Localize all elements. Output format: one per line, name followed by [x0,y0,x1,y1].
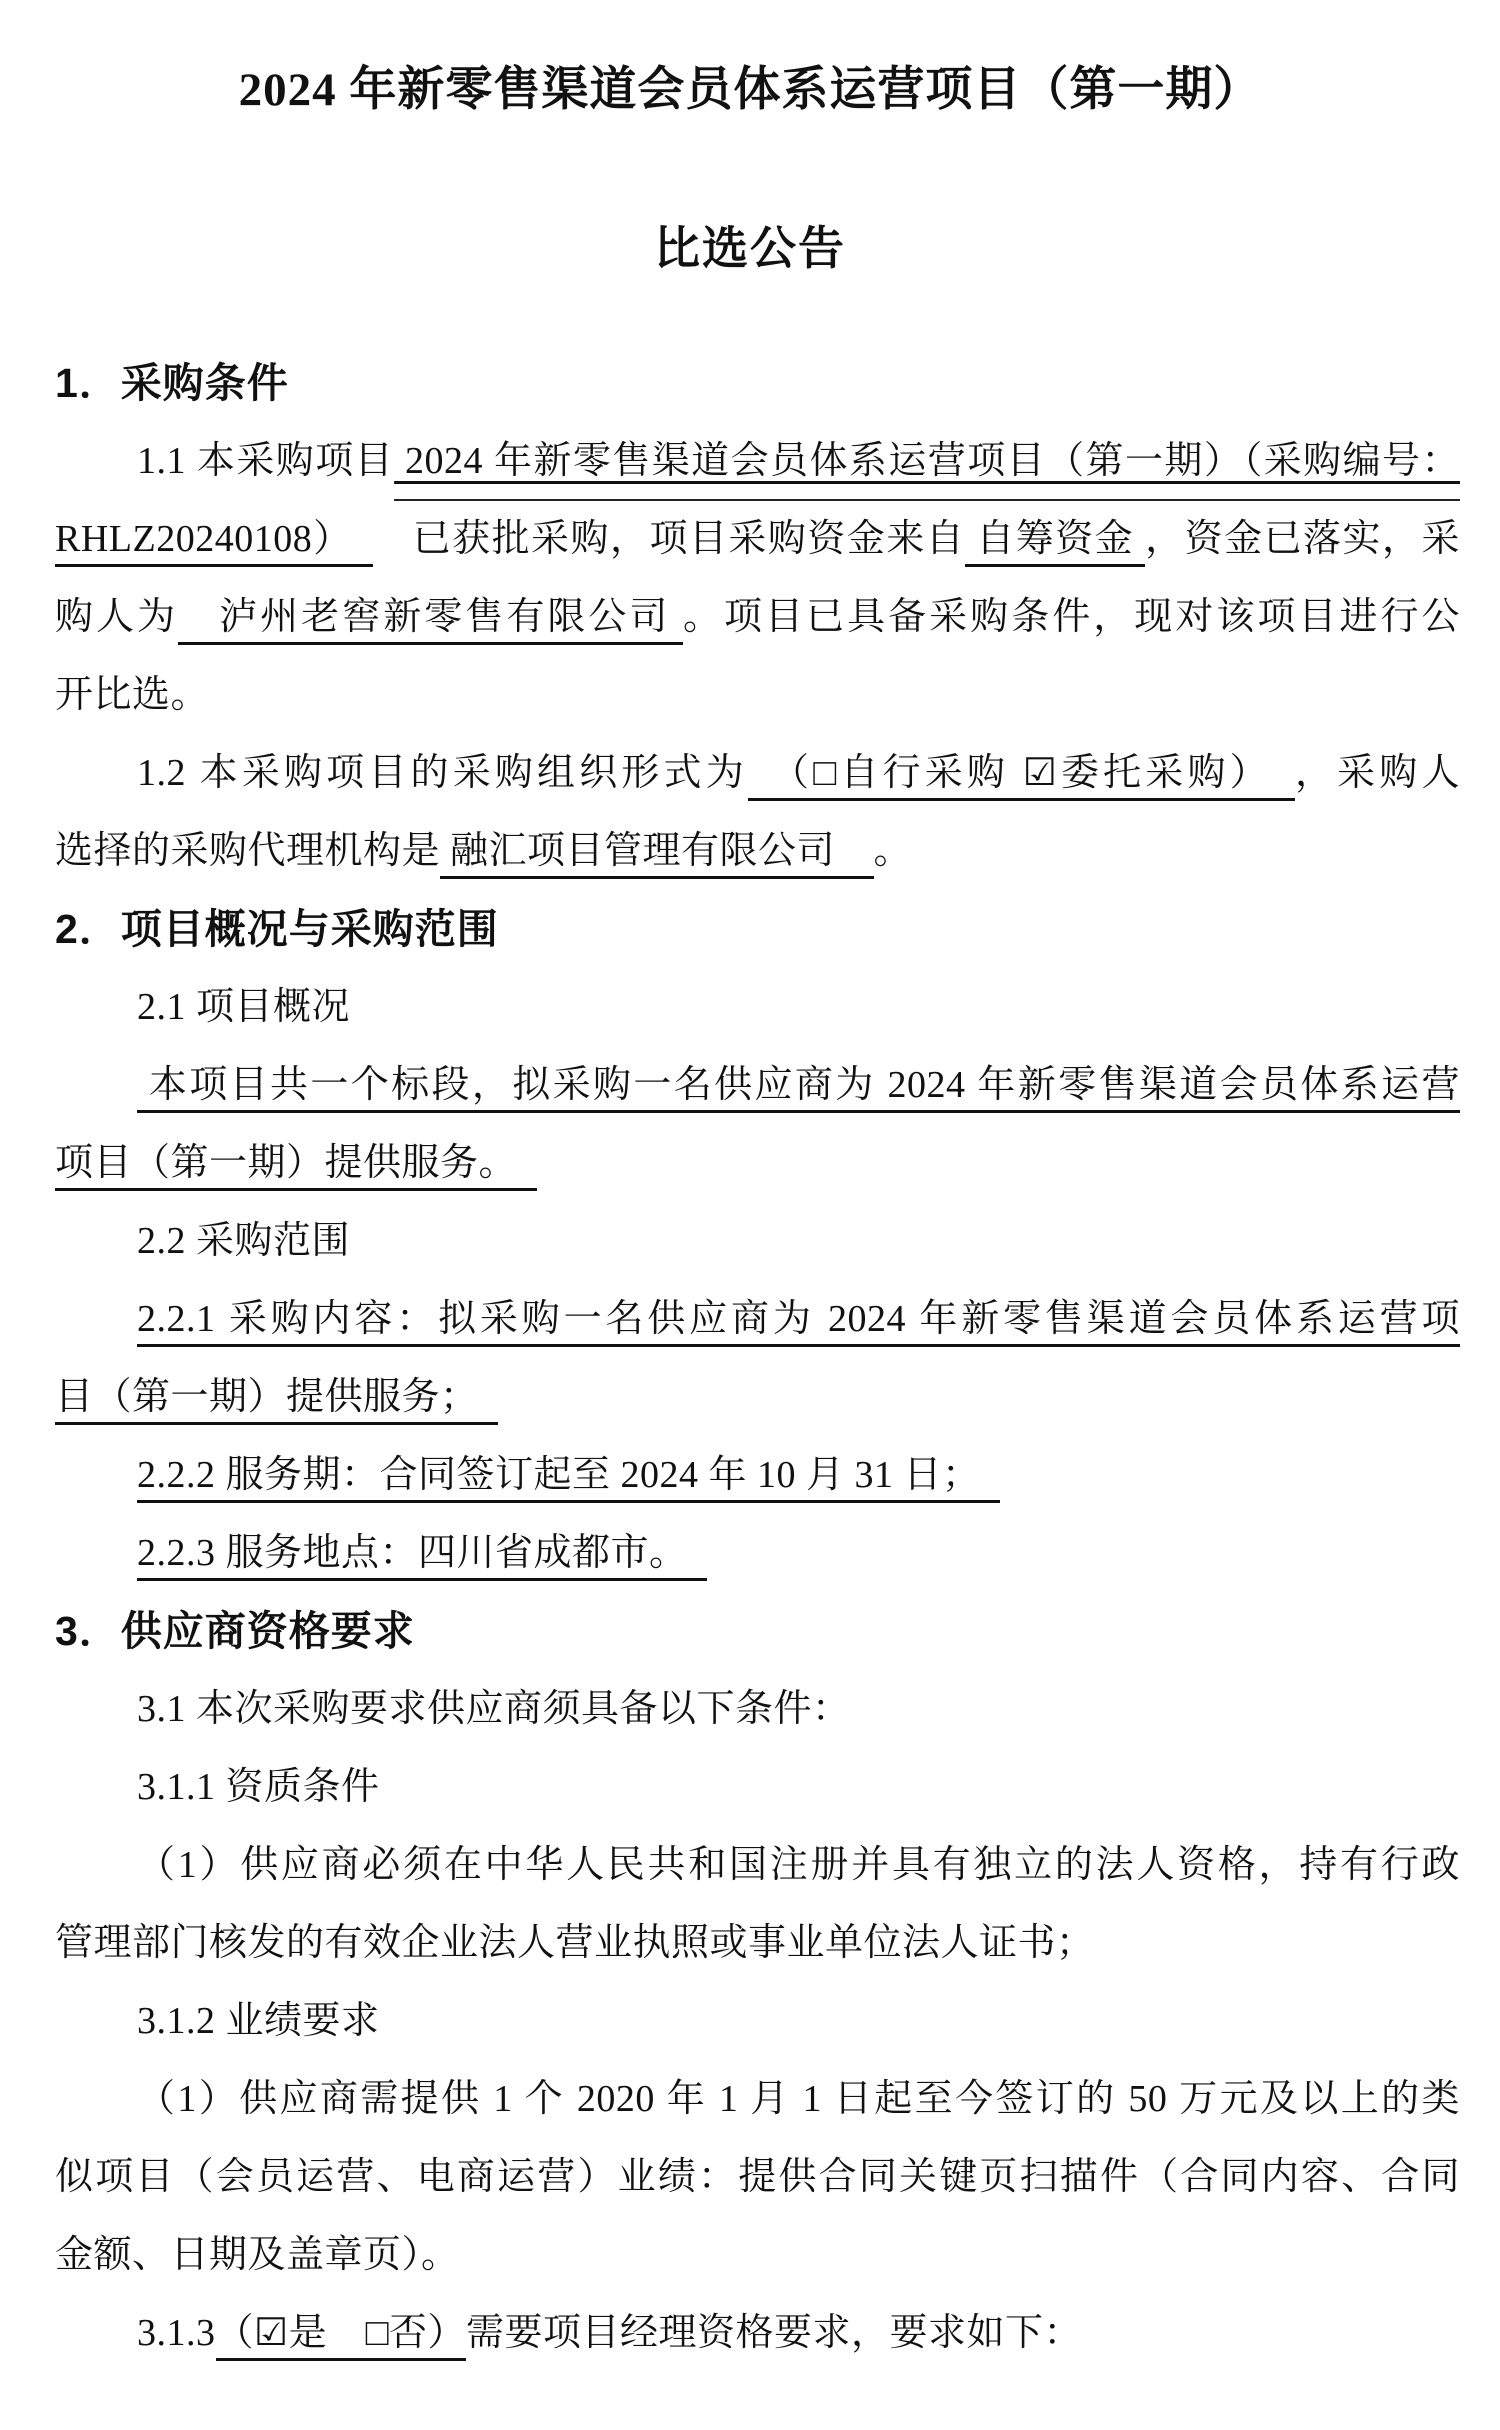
text-segment: 1.1 本采购项目 [137,440,394,482]
text-segment: 金额、日期及盖章页）。 [55,2234,460,2276]
heading-2-2: 2.2 采购范围 [55,1202,1460,1280]
para-3-1-3: 3.1.3（☑是 □否）需要项目经理资格要求，要求如下： [55,2294,1460,2372]
para-2-2-1-line-2: 目（第一期）提供服务； [55,1358,1460,1436]
para-2-2-2: 2.2.2 服务期：合同签订起至 2024 年 10 月 31 日； [55,1436,1460,1514]
heading-1: 1．采购条件 [55,344,1460,422]
text-segment: 3．供应商资格要求 [55,1608,415,1654]
para-1-1-line-3: 购人为 泸州老窖新零售有限公司 。项目已具备采购条件，现对该项目进行公 [55,578,1460,656]
para-2-2-1-line-1: 2.2.1 采购内容：拟采购一名供应商为 2024 年新零售渠道会员体系运营项 [55,1280,1460,1358]
document-title: 2024 年新零售渠道会员体系运营项目（第一期） [0,52,1500,119]
para-3-1-1-line-1: （1）供应商必须在中华人民共和国注册并具有独立的法人资格，持有行政 [55,1826,1460,1904]
checkbox-procurement-form-field: （□自行采购 ☑委托采购） [748,752,1295,801]
text-segment: 购人为 [55,596,178,638]
text-segment: 需要项目经理资格要求，要求如下： [466,2312,1082,2354]
text-segment: 似项目（会员运营、电商运营）业绩：提供合同关键页扫描件（合同内容、合同 [55,2156,1460,2198]
text-segment: 3.1.2 业绩要求 [137,2000,380,2042]
text-segment: 。项目已具备采购条件，现对该项目进行公 [683,596,1460,638]
para-3-1-1-line-2: 管理部门核发的有效企业法人营业执照或事业单位法人证书； [55,1904,1460,1982]
text-segment: 1.2 本采购项目的采购组织形式为 [137,752,748,794]
heading-2: 2．项目概况与采购范围 [55,890,1460,968]
heading-3: 3．供应商资格要求 [55,1592,1460,1670]
para-3-1: 3.1 本次采购要求供应商须具备以下条件： [55,1670,1460,1748]
document-subtitle: 比选公告 [0,212,1500,278]
text-segment: 2．项目概况与采购范围 [55,906,499,952]
agency-field: 融汇项目管理有限公司 [440,830,874,879]
service-location-field: 2.2.3 服务地点：四川省成都市。 [137,1532,707,1581]
text-segment: 3.1.1 资质条件 [137,1766,380,1808]
text-segment: ，资金已落实，采 [1145,518,1460,560]
text-segment: 选择的采购代理机构是 [55,830,440,872]
text-segment: 开比选。 [55,674,209,716]
project-overview-field: 本项目共一个标段，拟采购一名供应商为 2024 年新零售渠道会员体系运营 [137,1064,1460,1113]
text-segment: 2.1 项目概况 [137,986,350,1028]
para-2-2-3: 2.2.3 服务地点：四川省成都市。 [55,1514,1460,1592]
project-name-field: 2024 年新零售渠道会员体系运营项目（第一期）（采购编号： [394,440,1460,501]
text-segment: 已获批采购，项目采购资金来自 [373,518,965,560]
text-segment: 2.2 采购范围 [137,1220,350,1262]
text-segment: 管理部门核发的有效企业法人营业执照或事业单位法人证书； [55,1922,1095,1964]
purchaser-field: 泸州老窖新零售有限公司 [178,596,683,645]
text-segment: 3.1 本次采购要求供应商须具备以下条件： [137,1688,851,1730]
document-body: 1．采购条件1.1 本采购项目 2024 年新零售渠道会员体系运营项目（第一期）… [55,344,1460,2372]
heading-2-1: 2.1 项目概况 [55,968,1460,1046]
para-3-1-2-line-3: 金额、日期及盖章页）。 [55,2216,1460,2294]
procurement-content-field: 2.2.1 采购内容：拟采购一名供应商为 2024 年新零售渠道会员体系运营项 [137,1298,1460,1347]
para-2-1-line-2: 项目（第一期）提供服务。 [55,1124,1460,1202]
funding-source-field: 自筹资金 [965,518,1145,567]
para-1-2-line-2: 选择的采购代理机构是 融汇项目管理有限公司 。 [55,812,1460,890]
document-page: 2024 年新零售渠道会员体系运营项目（第一期） 比选公告 1．采购条件1.1 … [0,0,1500,2430]
para-1-2-line-1: 1.2 本采购项目的采购组织形式为 （□自行采购 ☑委托采购） ，采购人 [55,734,1460,812]
procurement-content-field-cont: 目（第一期）提供服务； [55,1376,498,1425]
checkbox-pm-requirement-field: （☑是 □否） [216,2312,467,2361]
para-3-1-2-line-2: 似项目（会员运营、电商运营）业绩：提供合同关键页扫描件（合同内容、合同 [55,2138,1460,2216]
project-overview-field-cont: 项目（第一期）提供服务。 [55,1142,537,1191]
text-segment: 1．采购条件 [55,360,289,406]
heading-3-1-1: 3.1.1 资质条件 [55,1748,1460,1826]
procurement-number-field: RHLZ20240108） [55,518,373,567]
heading-3-1-2: 3.1.2 业绩要求 [55,1982,1460,2060]
para-1-1-line-2: RHLZ20240108） 已获批采购，项目采购资金来自 自筹资金 ，资金已落实… [55,500,1460,578]
text-segment: （1）供应商需提供 1 个 2020 年 1 月 1 日起至今签订的 50 万元… [137,2078,1460,2120]
text-segment: ，采购人 [1295,752,1460,794]
text-segment: 。 [874,830,913,872]
text-segment: 3.1.3 [137,2312,216,2354]
para-1-1-line-1: 1.1 本采购项目 2024 年新零售渠道会员体系运营项目（第一期）（采购编号： [55,422,1460,500]
para-2-1-line-1: 本项目共一个标段，拟采购一名供应商为 2024 年新零售渠道会员体系运营 [55,1046,1460,1124]
service-period-field: 2.2.2 服务期：合同签订起至 2024 年 10 月 31 日； [137,1454,1000,1503]
text-segment: （1）供应商必须在中华人民共和国注册并具有独立的法人资格，持有行政 [137,1844,1460,1886]
para-3-1-2-line-1: （1）供应商需提供 1 个 2020 年 1 月 1 日起至今签订的 50 万元… [55,2060,1460,2138]
para-1-1-line-4: 开比选。 [55,656,1460,734]
